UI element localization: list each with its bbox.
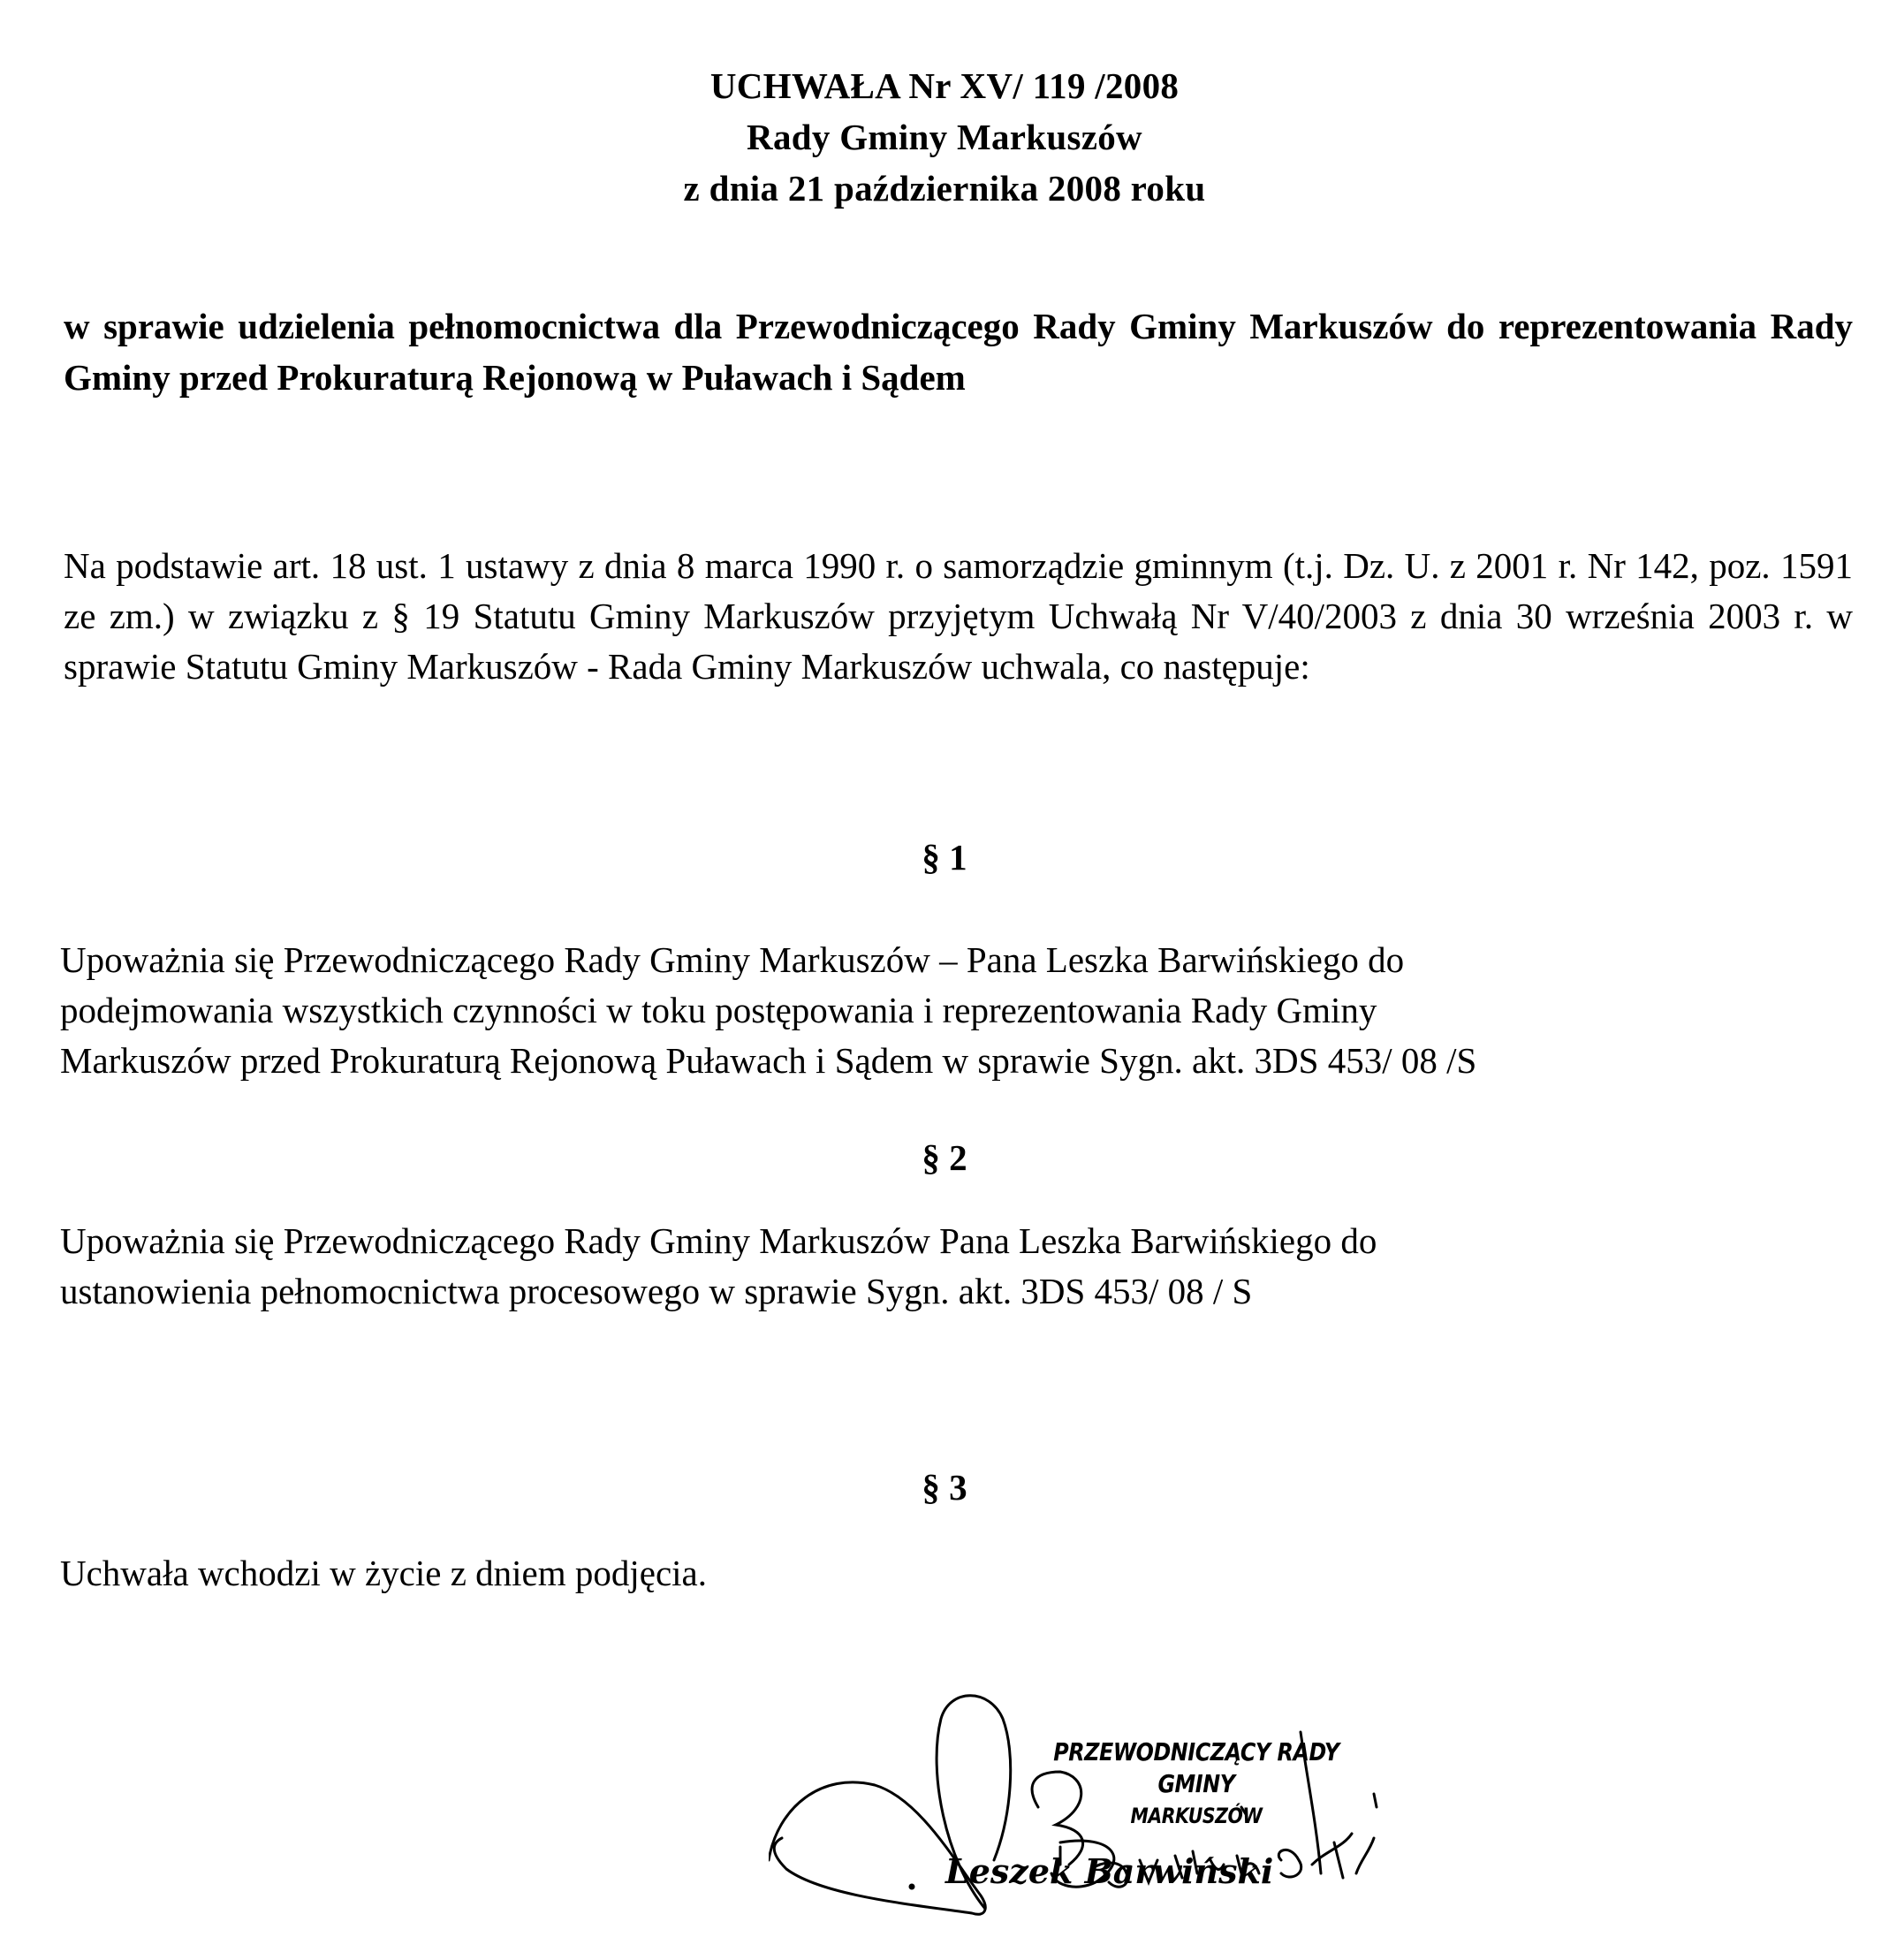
paragraph-3-text: Uchwała wchodzi w życie z dniem podjęcia… <box>60 1548 1880 1599</box>
legal-basis: Na podstawie art. 18 ust. 1 ustawy z dni… <box>64 541 1853 692</box>
paragraph-line: Upoważnia się Przewodniczącego Rady Gmin… <box>60 935 1880 985</box>
paragraph-line: ustanowienia pełnomocnictwa procesowego … <box>60 1266 1880 1317</box>
paragraph-1-text: Upoważnia się Przewodniczącego Rady Gmin… <box>60 935 1880 1086</box>
chairman-stamp: PRZEWODNICZĄCY RADY GMINY MARKUSZÓW <box>1016 1736 1377 1832</box>
paragraph-line: Upoważnia się Przewodniczącego Rady Gmin… <box>60 1216 1880 1266</box>
paragraph-line: podejmowania wszystkich czynności w toku… <box>60 985 1880 1036</box>
paragraph-1-mark: § 1 <box>0 835 1889 879</box>
resolution-subject: w sprawie udzielenia pełnomocnictwa dla … <box>64 300 1853 403</box>
paragraph-line: Markuszów przed Prokuraturą Rejonową Puł… <box>60 1036 1880 1086</box>
paragraph-2-text: Upoważnia się Przewodniczącego Rady Gmin… <box>60 1216 1880 1317</box>
resolution-issuer: Rady Gminy Markuszów <box>0 111 1889 163</box>
resolution-date: z dnia 21 października 2008 roku <box>0 163 1889 214</box>
signatory-name: Leszek Barwiński <box>945 1851 1273 1891</box>
resolution-title: UCHWAŁA Nr XV/ 119 /2008 <box>0 60 1889 111</box>
stamp-municipality: MARKUSZÓW <box>1016 1800 1377 1832</box>
paragraph-3-mark: § 3 <box>0 1465 1889 1509</box>
paragraph-line: Uchwała wchodzi w życie z dniem podjęcia… <box>60 1548 1880 1599</box>
paragraph-2-mark: § 2 <box>0 1136 1889 1180</box>
document-header: UCHWAŁA Nr XV/ 119 /2008 Rady Gminy Mark… <box>0 60 1889 214</box>
stamp-title: PRZEWODNICZĄCY RADY GMINY <box>1016 1736 1377 1800</box>
